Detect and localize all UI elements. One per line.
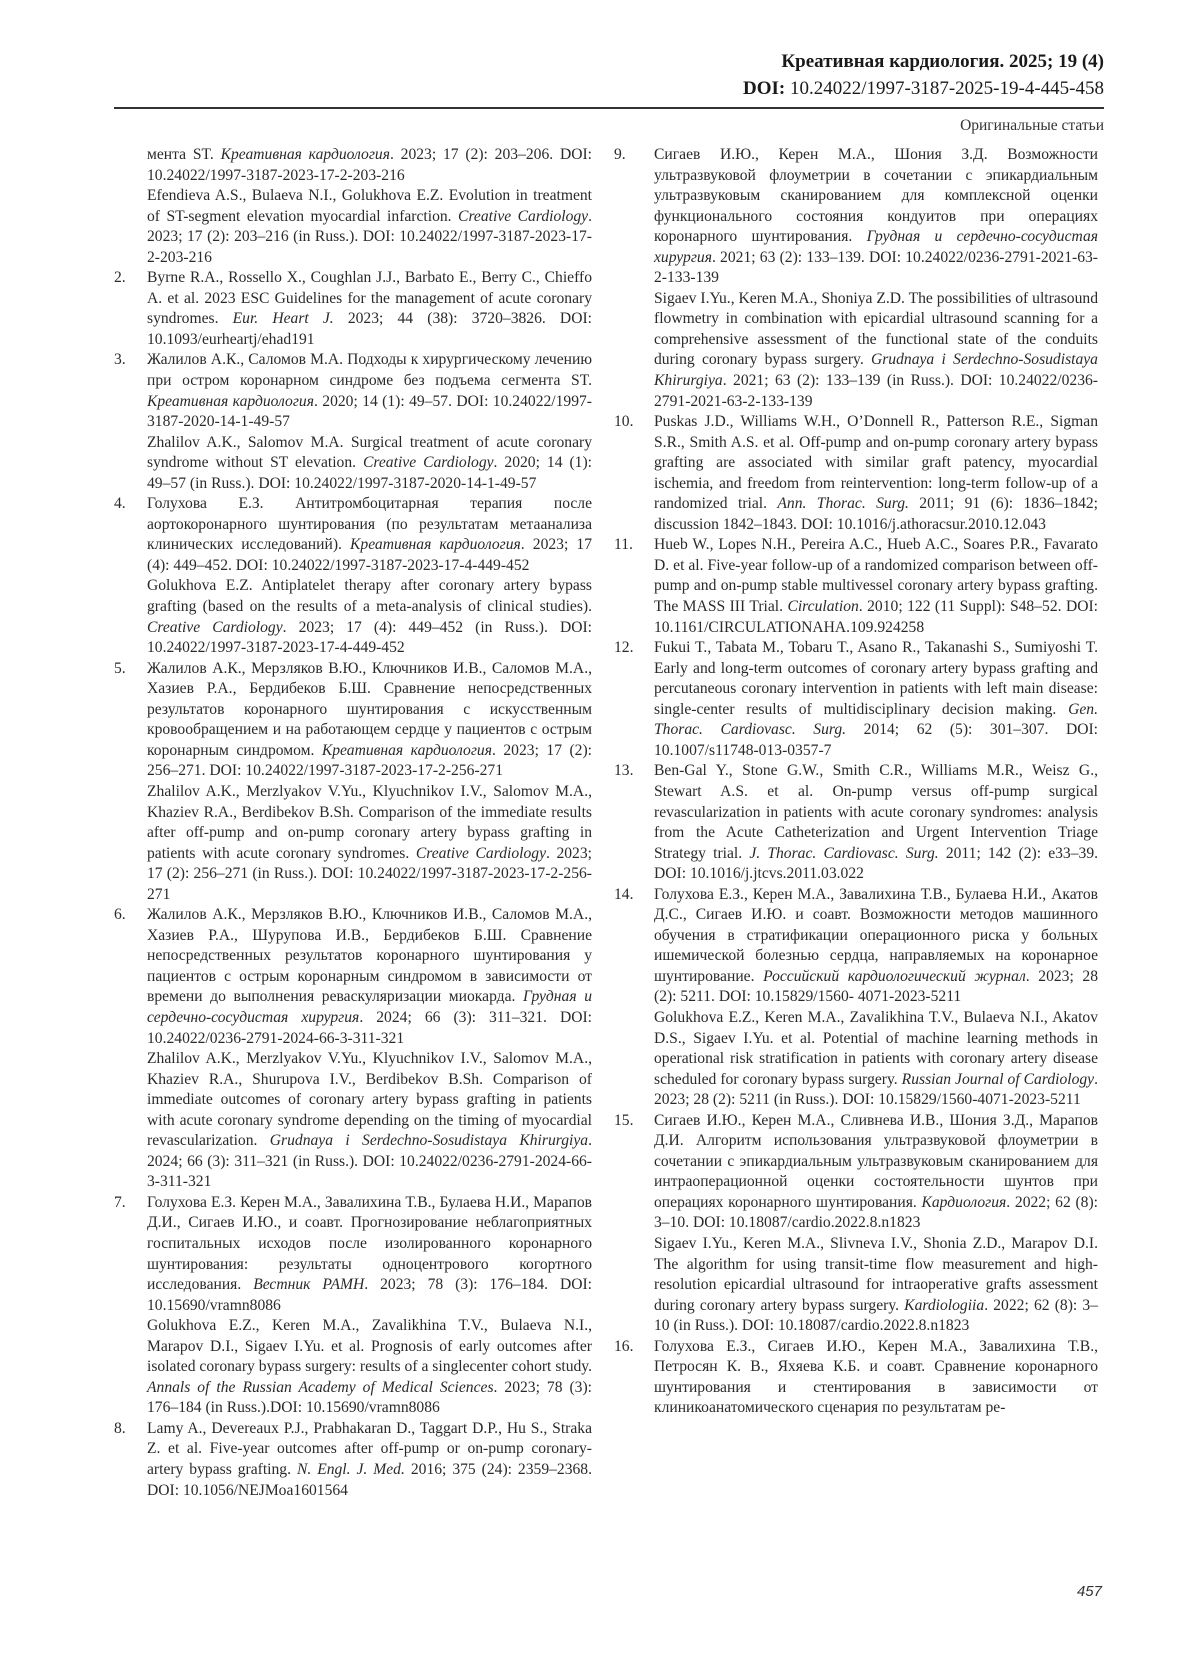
reference-en: Golukhova E.Z., Keren M.A., Zavalikhina … bbox=[654, 1008, 1098, 1111]
reference-text: Puskas J.D., Williams W.H., O’Donnell R.… bbox=[654, 412, 1098, 535]
reference-item: 11. Hueb W., Lopes N.H., Pereira A.C., H… bbox=[654, 535, 1098, 638]
reference-ru: Жалилов А.К., Саломов М.А. Подходы к хир… bbox=[147, 350, 592, 432]
reference-en: Zhalilov A.K., Merzlyakov V.Yu., Klyuchn… bbox=[147, 782, 592, 905]
reference-item: 14. Голухова Е.З., Керен М.А., Завалихин… bbox=[654, 885, 1098, 1111]
reference-ru: Жалилов А.К., Мерзляков В.Ю., Ключников … bbox=[147, 659, 592, 782]
reference-text: Hueb W., Lopes N.H., Pereira A.C., Hueb … bbox=[654, 535, 1098, 638]
reference-item: 15. Сигаев И.Ю., Керен М.А., Сливнева И.… bbox=[654, 1111, 1098, 1337]
reference-item: 5. Жалилов А.К., Мерзляков В.Ю., Ключник… bbox=[147, 659, 592, 906]
reference-number: 13. bbox=[614, 761, 634, 782]
reference-en: Sigaev I.Yu., Keren M.A., Shoniya Z.D. T… bbox=[654, 289, 1098, 412]
reference-number: 11. bbox=[614, 535, 633, 556]
reference-ru: мента ST. Креативная кардиология. 2023; … bbox=[147, 145, 592, 186]
doi-label: DOI: bbox=[743, 78, 785, 99]
running-header: Креативная кардиология. 2025; 19 (4) DOI… bbox=[743, 48, 1104, 102]
reference-number: 16. bbox=[614, 1337, 634, 1358]
reference-text: Fukui T., Tabata M., Tobaru T., Asano R.… bbox=[654, 638, 1098, 761]
reference-item: 7. Голухова Е.З. Керен М.А., Завалихина … bbox=[147, 1193, 592, 1419]
reference-ru: Сигаев И.Ю., Керен М.А., Сливнева И.В., … bbox=[654, 1111, 1098, 1234]
reference-en: Zhalilov A.K., Salomov M.A. Surgical tre… bbox=[147, 433, 592, 495]
reference-number: 14. bbox=[614, 885, 634, 906]
reference-number: 5. bbox=[114, 659, 126, 680]
article-doi: DOI: 10.24022/1997-3187-2025-19-4-445-45… bbox=[743, 75, 1104, 102]
doi-value: 10.24022/1997-3187-2025-19-4-445-458 bbox=[785, 78, 1104, 99]
reference-item: 10. Puskas J.D., Williams W.H., O’Donnel… bbox=[654, 412, 1098, 535]
reference-ru: Жалилов А.К., Мерзляков В.Ю., Ключников … bbox=[147, 905, 592, 1049]
references-right-column: 9. Сигаев И.Ю., Керен М.А., Шония З.Д. В… bbox=[654, 145, 1098, 1419]
reference-en: Sigaev I.Yu., Keren M.A., Slivneva I.V.,… bbox=[654, 1234, 1098, 1337]
reference-item: 13. Ben-Gal Y., Stone G.W., Smith C.R., … bbox=[654, 761, 1098, 884]
reference-text: Byrne R.A., Rossello X., Coughlan J.J., … bbox=[147, 268, 592, 350]
reference-item: 3. Жалилов А.К., Саломов М.А. Подходы к … bbox=[147, 350, 592, 494]
reference-number: 7. bbox=[114, 1193, 126, 1214]
reference-number: 6. bbox=[114, 905, 126, 926]
section-label: Оригинальные статьи bbox=[960, 117, 1104, 135]
reference-ru: Сигаев И.Ю., Керен М.А., Шония З.Д. Возм… bbox=[654, 145, 1098, 289]
reference-number: 8. bbox=[114, 1419, 126, 1440]
reference-en: Efendieva A.S., Bulaeva N.I., Golukhova … bbox=[147, 186, 592, 268]
reference-item: 6. Жалилов А.К., Мерзляков В.Ю., Ключник… bbox=[147, 905, 592, 1193]
reference-en: Zhalilov A.K., Merzlyakov V.Yu., Klyuchn… bbox=[147, 1049, 592, 1193]
reference-item: 4. Голухова Е.З. Антитромбоцитарная тера… bbox=[147, 494, 592, 658]
reference-ru: Голухова Е.З., Керен М.А., Завалихина Т.… bbox=[654, 885, 1098, 1008]
reference-number: 2. bbox=[114, 268, 126, 289]
reference-1-continuation: мента ST. Креативная кардиология. 2023; … bbox=[147, 145, 592, 268]
reference-number: 3. bbox=[114, 350, 126, 371]
reference-item: 9. Сигаев И.Ю., Керен М.А., Шония З.Д. В… bbox=[654, 145, 1098, 412]
reference-text: Lamy A., Devereaux P.J., Prabhakaran D.,… bbox=[147, 1419, 592, 1501]
reference-number: 12. bbox=[614, 638, 634, 659]
reference-number: 9. bbox=[614, 145, 626, 166]
page-number: 457 bbox=[1077, 1583, 1102, 1600]
reference-number: 15. bbox=[614, 1111, 634, 1132]
reference-item: 12. Fukui T., Tabata M., Tobaru T., Asan… bbox=[654, 638, 1098, 761]
reference-item: 16. Голухова Е.З., Сигаев И.Ю., Керен М.… bbox=[654, 1337, 1098, 1419]
journal-issue-title: Креативная кардиология. 2025; 19 (4) bbox=[743, 48, 1104, 75]
reference-number: 4. bbox=[114, 494, 126, 515]
reference-text: Голухова Е.З., Сигаев И.Ю., Керен М.А., … bbox=[654, 1337, 1098, 1419]
reference-en: Golukhova E.Z. Antiplatelet therapy afte… bbox=[147, 576, 592, 658]
reference-number: 10. bbox=[614, 412, 634, 433]
reference-ru: Голухова Е.З. Антитромбоцитарная терапия… bbox=[147, 494, 592, 576]
reference-item: 2. Byrne R.A., Rossello X., Coughlan J.J… bbox=[147, 268, 592, 350]
reference-text: Ben-Gal Y., Stone G.W., Smith C.R., Will… bbox=[654, 761, 1098, 884]
reference-en: Golukhova E.Z., Keren M.A., Zavalikhina … bbox=[147, 1316, 592, 1419]
header-rule bbox=[114, 107, 1104, 109]
reference-ru: Голухова Е.З. Керен М.А., Завалихина Т.В… bbox=[147, 1193, 592, 1316]
references-left-column: мента ST. Креативная кардиология. 2023; … bbox=[147, 145, 592, 1501]
reference-item: 8. Lamy A., Devereaux P.J., Prabhakaran … bbox=[147, 1419, 592, 1501]
